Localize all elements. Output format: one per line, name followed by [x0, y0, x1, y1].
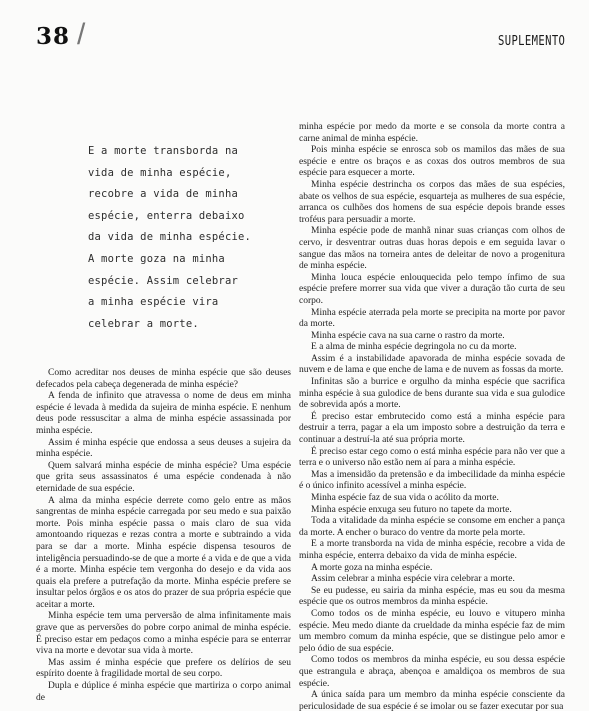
- paragraph: A alma da minha espécie derrete como gel…: [36, 496, 291, 612]
- section-title: SUPLEMENTO: [498, 33, 565, 49]
- paragraph: Minha espécie destrincha os corpos das m…: [299, 180, 565, 226]
- paragraph: A única saída para um membro da minha es…: [299, 690, 565, 711]
- paragraph: Minha louca espécie enlouquecida pelo te…: [299, 273, 565, 308]
- magazine-page: 38 / SUPLEMENTO E a morte transborda na …: [0, 0, 589, 711]
- paragraph: Quem salvará minha espécie de minha espé…: [36, 461, 291, 496]
- paragraph: Como todos os membros da minha espécie, …: [299, 655, 565, 690]
- paragraph: Pois minha espécie se enrosca sob os mam…: [299, 145, 565, 180]
- paragraph: A morte goza na minha espécie.: [299, 563, 565, 575]
- paragraph: Minha espécie faz de sua vida o acólito …: [299, 493, 565, 505]
- paragraph: Dupla e dúplice é minha espécie que mart…: [36, 681, 291, 704]
- paragraph: Assim é minha espécie que endossa a seus…: [36, 438, 291, 461]
- paragraph: E a alma de minha espécie degringola no …: [299, 342, 565, 354]
- paragraph: Como todos os de minha espécie, eu louvo…: [299, 609, 565, 655]
- paragraph: Como acreditar nos deuses de minha espéc…: [36, 368, 291, 391]
- paragraph: Minha espécie pode de manhã ninar suas c…: [299, 226, 565, 272]
- paragraph: A fenda de infinito que atravessa o nome…: [36, 391, 291, 437]
- page-header-left: 38 /: [36, 24, 85, 50]
- paragraph: É preciso estar embrutecido como está a …: [299, 412, 565, 447]
- page-number: 38: [36, 24, 70, 50]
- right-column: minha espécie por medo da morte e se con…: [299, 122, 565, 711]
- paragraph: Toda a vitalidade da minha espécie se co…: [299, 516, 565, 539]
- slash-ornament: /: [77, 21, 85, 49]
- paragraph: Minha espécie aterrada pela morte se pre…: [299, 308, 565, 331]
- paragraph: Minha espécie tem uma perversão de alma …: [36, 611, 291, 657]
- paragraph: Minha espécie enxuga seu futuro no tapet…: [299, 505, 565, 517]
- paragraph: Mas a imensidão da pretensão e da imbeci…: [299, 470, 565, 493]
- paragraph: E a morte transborda na vida de minha es…: [299, 539, 565, 562]
- paragraph: Infinitas são a burrice e orgulho da min…: [299, 377, 565, 412]
- paragraph: minha espécie por medo da morte e se con…: [299, 122, 565, 145]
- paragraph: Assim celebrar a minha espécie vira cele…: [299, 574, 565, 586]
- paragraph: Se eu pudesse, eu sairia da minha espéci…: [299, 586, 565, 609]
- left-column: Como acreditar nos deuses de minha espéc…: [36, 368, 291, 704]
- paragraph: Minha espécie cava na sua carne o rastro…: [299, 331, 565, 343]
- paragraph: É preciso estar cego como o está minha e…: [299, 447, 565, 470]
- paragraph: Mas assim é minha espécie que prefere os…: [36, 658, 291, 681]
- pull-quote: E a morte transborda na vida de minha es…: [88, 141, 288, 335]
- paragraph: Assim é a instabilidade apavorada de min…: [299, 354, 565, 377]
